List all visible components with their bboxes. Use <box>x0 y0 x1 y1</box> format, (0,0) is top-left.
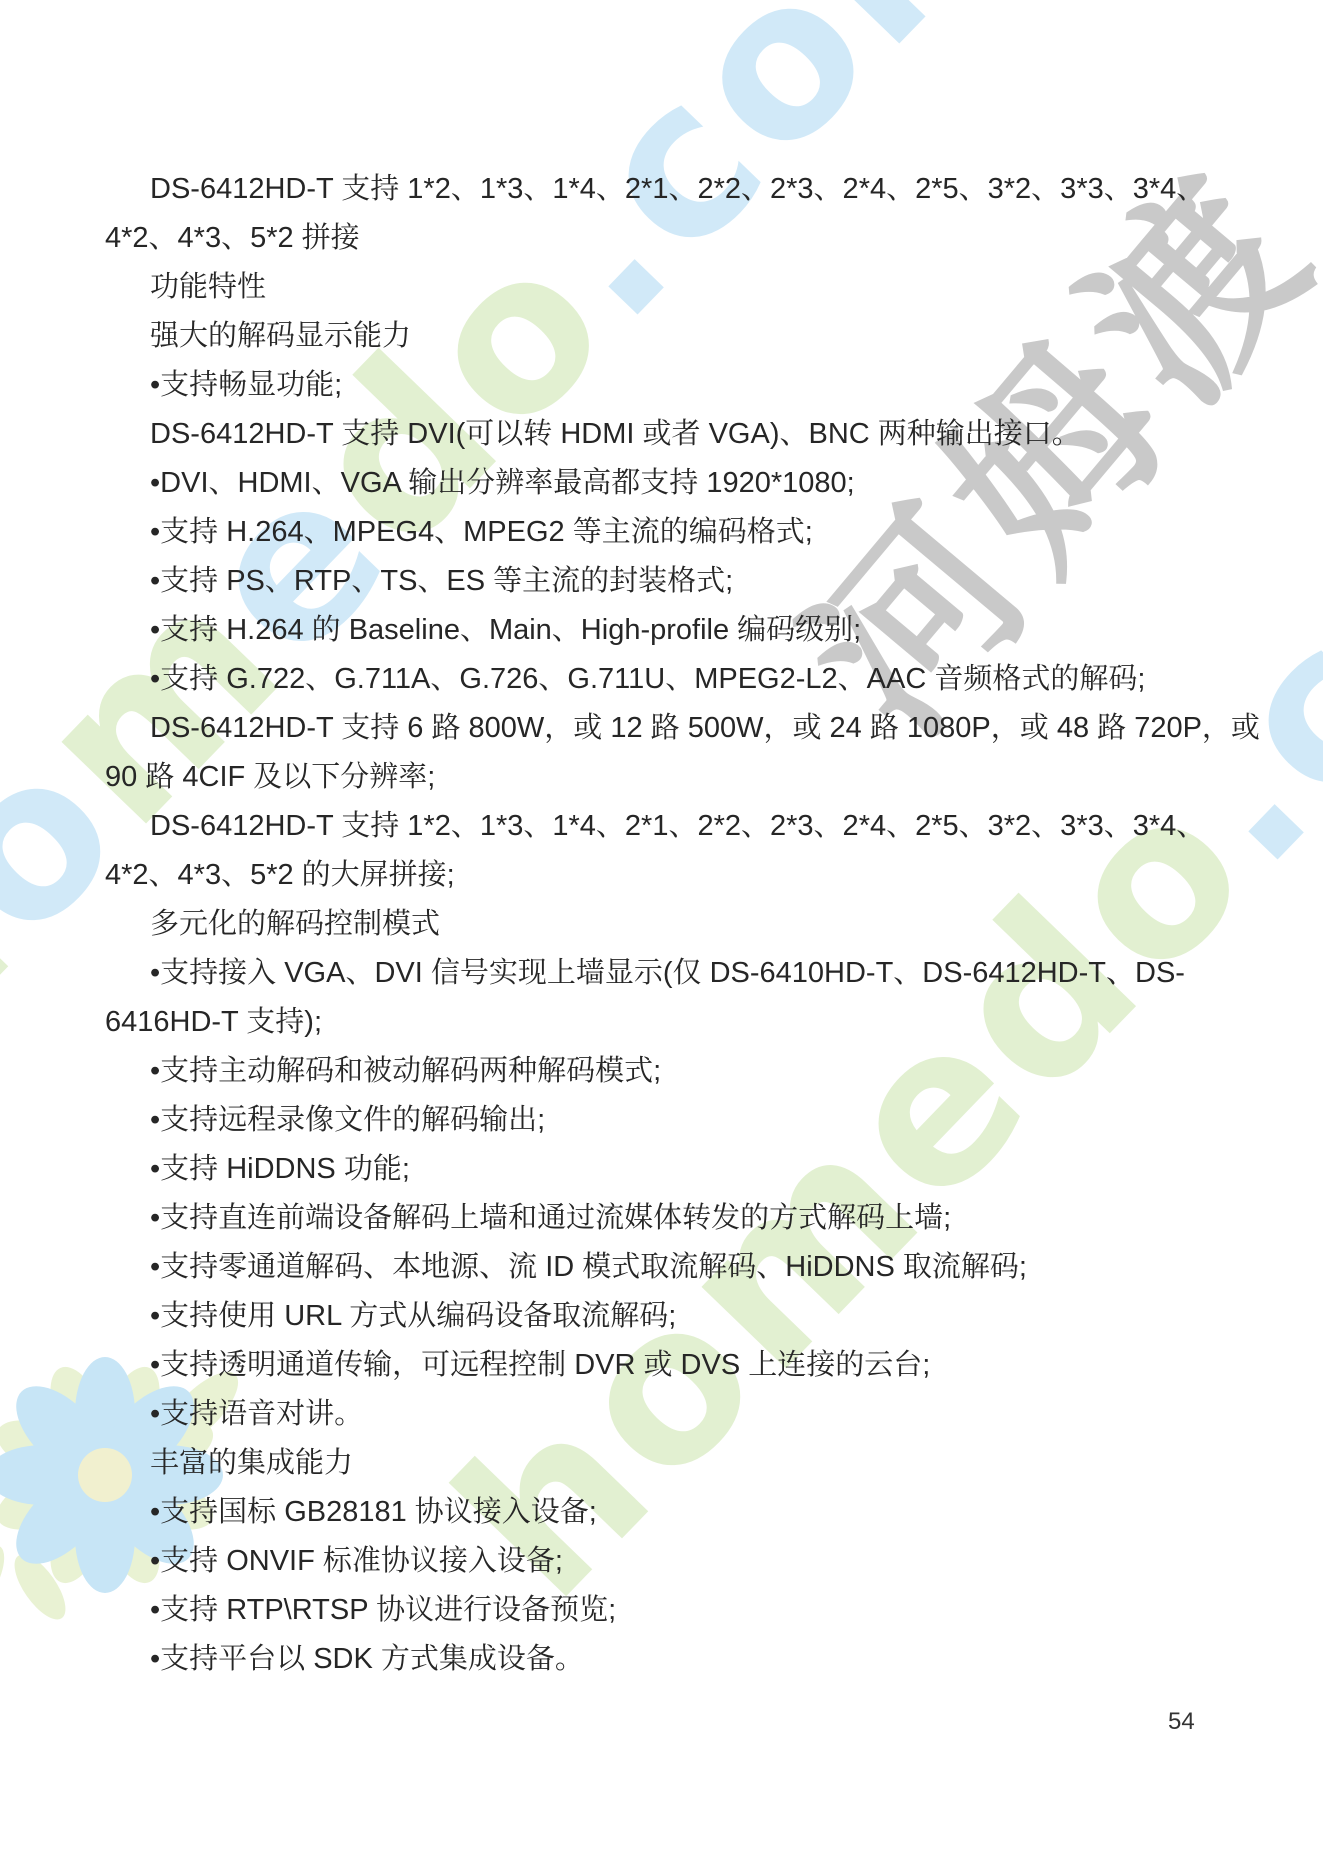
watermark-letter: m <box>743 0 1085 92</box>
text-line: 90 路 4CIF 及以下分辨率; <box>105 753 1220 802</box>
watermark-letter: h <box>0 809 62 1099</box>
text-line: DS-6412HD-T 支持 6 路 800W，或 12 路 500W，或 24… <box>105 704 1220 753</box>
text-line: •支持远程录像文件的解码输出; <box>105 1096 1220 1145</box>
text-line: •支持 G.722、G.711A、G.726、G.711U、MPEG2-L2、A… <box>105 655 1220 704</box>
text-line: •支持透明通道传输，可远程控制 DVR 或 DVS 上连接的云台; <box>105 1341 1220 1390</box>
text-line: •支持 HiDDNS 功能; <box>105 1145 1220 1194</box>
text-line: •支持语音对讲。 <box>105 1390 1220 1439</box>
text-line: 多元化的解码控制模式 <box>105 900 1220 949</box>
page-number: 54 <box>1168 1708 1195 1736</box>
text-line: DS-6412HD-T 支持 1*2、1*3、1*4、2*1、2*2、2*3、2… <box>105 165 1220 214</box>
text-line: •支持平台以 SDK 方式集成设备。 <box>105 1635 1220 1684</box>
text-line: 功能特性 <box>105 263 1220 312</box>
text-line: 丰富的集成能力 <box>105 1439 1220 1488</box>
text-line: DS-6412HD-T 支持 1*2、1*3、1*4、2*1、2*2、2*3、2… <box>105 802 1220 851</box>
text-line: 强大的解码显示能力 <box>105 312 1220 361</box>
text-line: •支持 H.264 的 Baseline、Main、High-profile 编… <box>105 606 1220 655</box>
text-line: 4*2、4*3、5*2 的大屏拼接; <box>105 851 1220 900</box>
text-line: •支持 H.264、MPEG4、MPEG2 等主流的编码格式; <box>105 508 1220 557</box>
text-line: •支持国标 GB28181 协议接入设备; <box>105 1488 1220 1537</box>
text-line: •支持直连前端设备解码上墙和通过流媒体转发的方式解码上墙; <box>105 1194 1220 1243</box>
text-line: •支持畅显功能; <box>105 361 1220 410</box>
text-line: •DVI、HDMI、VGA 输出分辨率最高都支持 1920*1080; <box>105 459 1220 508</box>
text-line: DS-6412HD-T 支持 DVI(可以转 HDMI 或者 VGA)、BNC … <box>105 410 1220 459</box>
text-line: •支持主动解码和被动解码两种解码模式; <box>105 1047 1220 1096</box>
text-line: 6416HD-T 支持); <box>105 998 1220 1047</box>
text-line: •支持使用 URL 方式从编码设备取流解码; <box>105 1292 1220 1341</box>
document-page: homedo.com homedo.com 河姆渡 <box>0 0 1323 1871</box>
document-text: DS-6412HD-T 支持 1*2、1*3、1*4、2*1、2*2、2*3、2… <box>105 165 1220 1684</box>
watermark-letter: o <box>1275 462 1323 748</box>
text-line: 4*2、4*3、5*2 拼接 <box>105 214 1220 263</box>
text-line: •支持 PS、RTP、TS、ES 等主流的封装格式; <box>105 557 1220 606</box>
text-line: •支持接入 VGA、DVI 信号实现上墙显示(仅 DS-6410HD-T、DS-… <box>105 949 1220 998</box>
text-line: •支持 RTP\RTSP 协议进行设备预览; <box>105 1586 1220 1635</box>
text-line: •支持 ONVIF 标准协议接入设备; <box>105 1537 1220 1586</box>
text-line: •支持零通道解码、本地源、流 ID 模式取流解码、HiDDNS 取流解码; <box>105 1243 1220 1292</box>
